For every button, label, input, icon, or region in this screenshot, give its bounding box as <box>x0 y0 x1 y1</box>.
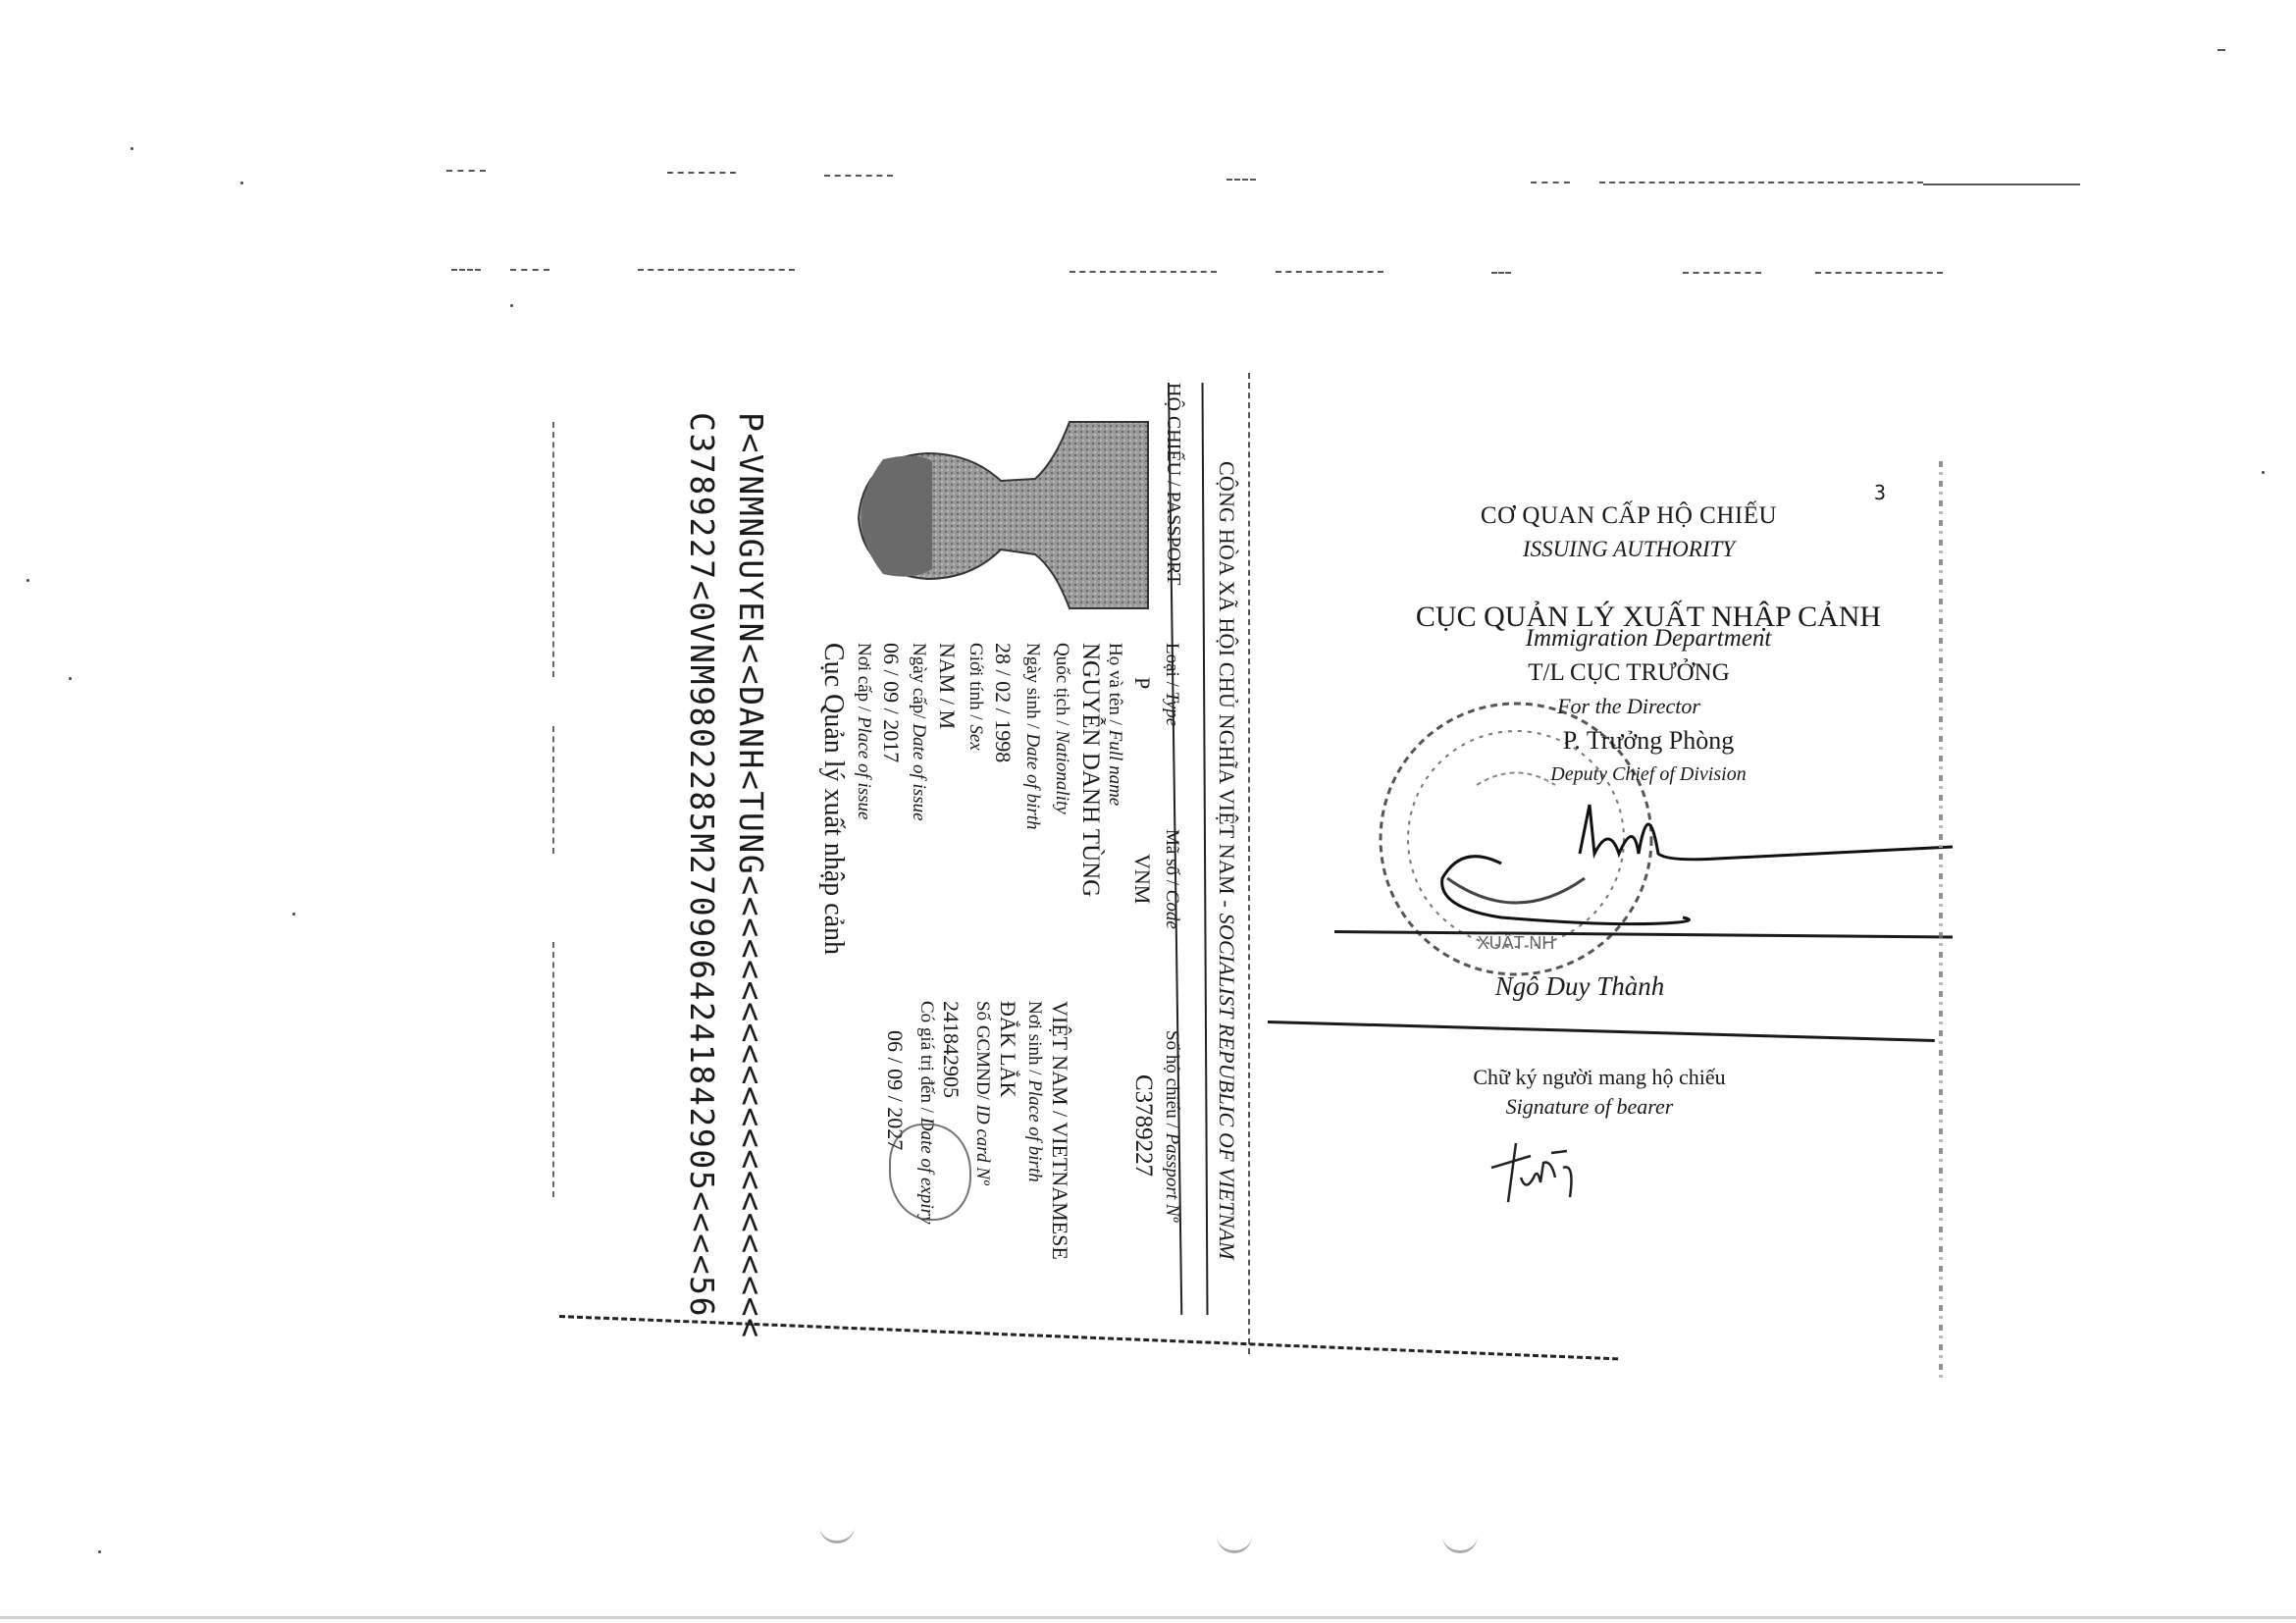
department-en: Immigration Department <box>1374 625 1923 653</box>
scan-speck <box>292 913 295 916</box>
bearer-signature-label-en: Signature of bearer <box>1413 1094 1766 1120</box>
scan-speck <box>510 304 513 307</box>
scan-dash-line <box>667 172 736 174</box>
type-value: P <box>1129 677 1155 689</box>
page-bottom-edge <box>559 1315 1618 1360</box>
scan-speck <box>130 147 133 150</box>
scan-binder-mark <box>819 1523 855 1544</box>
position-en: Deputy Chief of Division <box>1374 763 1923 786</box>
scan-speck <box>26 579 29 582</box>
full-name-value: NGUYỄN DANH TÙNG <box>1076 643 1104 897</box>
scan-dash-line <box>1276 271 1383 273</box>
page-number: 3 <box>1874 481 1886 504</box>
id-card-value: 241842905 <box>938 1001 964 1098</box>
scan-speck <box>98 1550 101 1553</box>
code-value: VNM <box>1129 854 1155 904</box>
scan-right-margin <box>1939 461 1943 1379</box>
scanned-page: CỘNG HÒA XÃ HỘI CHỦ NGHĨA VIỆT NAM - SOC… <box>0 0 2296 1623</box>
country-name-en: SOCIALIST REPUBLIC OF VIETNAM <box>1215 914 1239 1260</box>
center-fold <box>1248 373 1250 1354</box>
mrz-line-1: P<VNMNGUYEN<<DANH<TUNG<<<<<<<<<<<<<<<<<<… <box>732 412 770 1339</box>
poi-label: Nơi cấp / Place of issue <box>853 643 874 819</box>
scan-dash-line <box>446 170 486 172</box>
country-header: CỘNG HÒA XÃ HỘI CHỦ NGHĨA VIỆT NAM - SOC… <box>1214 461 1239 1260</box>
dob-label: Ngày sinh / Date of birth <box>1021 643 1043 830</box>
passport-data-page: CỘNG HÒA XÃ HỘI CHỦ NGHĨA VIỆT NAM - SOC… <box>535 383 1241 1315</box>
scan-dash-line <box>1923 183 2080 185</box>
scan-binder-mark <box>1217 1533 1252 1553</box>
pob-value: ĐẮK LẮK <box>995 1001 1020 1097</box>
scan-dash-line <box>824 175 893 177</box>
doi-value: 06 / 09 / 2017 <box>878 643 904 762</box>
scan-binder-mark <box>1442 1533 1478 1553</box>
issuing-authority-heading-en: ISSUING AUTHORITY <box>1374 537 1884 562</box>
scan-dash-line <box>638 269 795 271</box>
section-divider <box>1268 1021 1935 1042</box>
scan-dash-line <box>451 269 481 271</box>
scan-dash-line <box>2218 49 2225 51</box>
dob-value: 28 / 02 / 1998 <box>990 643 1016 762</box>
emblem-watermark <box>889 1124 971 1221</box>
scan-dash-line <box>1683 272 1761 274</box>
full-name-label: Họ và tên / Full name <box>1104 643 1125 806</box>
nationality-value: VIỆT NAM / VIETNAMESE <box>1047 1001 1072 1260</box>
doi-label: Ngày cấp/ Date of issue <box>908 643 929 821</box>
bearer-signature <box>1487 1138 1604 1207</box>
scan-dash-line <box>1070 271 1217 273</box>
pob-label: Nơi sinh / Place of birth <box>1023 1001 1045 1182</box>
scan-dash-line <box>1815 272 1943 274</box>
nationality-label: Quốc tịch / Nationality <box>1051 643 1072 814</box>
sex-label: Giới tính / Sex <box>965 643 986 751</box>
issuing-authority-heading-vi: CƠ QUAN CẤP HỘ CHIẾU <box>1374 502 1884 530</box>
country-name-vi: CỘNG HÒA XÃ HỘI CHỦ NGHĨA VIỆT NAM <box>1215 461 1239 895</box>
passport-no-value: C3789227 <box>1129 1074 1157 1177</box>
scan-dash-line <box>1226 179 1256 181</box>
signatory-name: Ngô Duy Thành <box>1433 971 1727 1002</box>
scan-dash-line <box>1491 272 1511 274</box>
holder-photo <box>854 402 1158 623</box>
on-behalf-vi: T/L CỤC TRƯỞNG <box>1374 659 1884 687</box>
scan-dash-line <box>1531 182 1570 183</box>
scan-speck <box>2262 471 2265 474</box>
scan-speck <box>69 677 72 680</box>
document-title: HỘ CHIẾU / PASSPORT <box>1162 383 1184 585</box>
scan-speck <box>240 182 243 184</box>
bearer-signature-label-vi: Chữ ký người mang hộ chiếu <box>1413 1065 1786 1090</box>
header-rule <box>1202 383 1209 1315</box>
on-behalf-en: For the Director <box>1374 694 1884 719</box>
id-card-label: Số GCMND/ ID card Nº <box>971 1001 993 1185</box>
poi-value: Cục Quản lý xuất nhập cảnh <box>817 643 849 955</box>
mrz-line-2: C3789227<0VNM9802285M2709064241842905<<<… <box>683 412 721 1318</box>
sex-value: NAM / M <box>934 643 960 729</box>
code-label: Mã số / Code <box>1161 829 1182 929</box>
scan-bottom-edge <box>0 1616 2296 1619</box>
scan-dash-line <box>1599 182 1923 183</box>
scan-dash-line <box>510 269 549 271</box>
position-vi: P. Trưởng Phòng <box>1374 726 1923 756</box>
